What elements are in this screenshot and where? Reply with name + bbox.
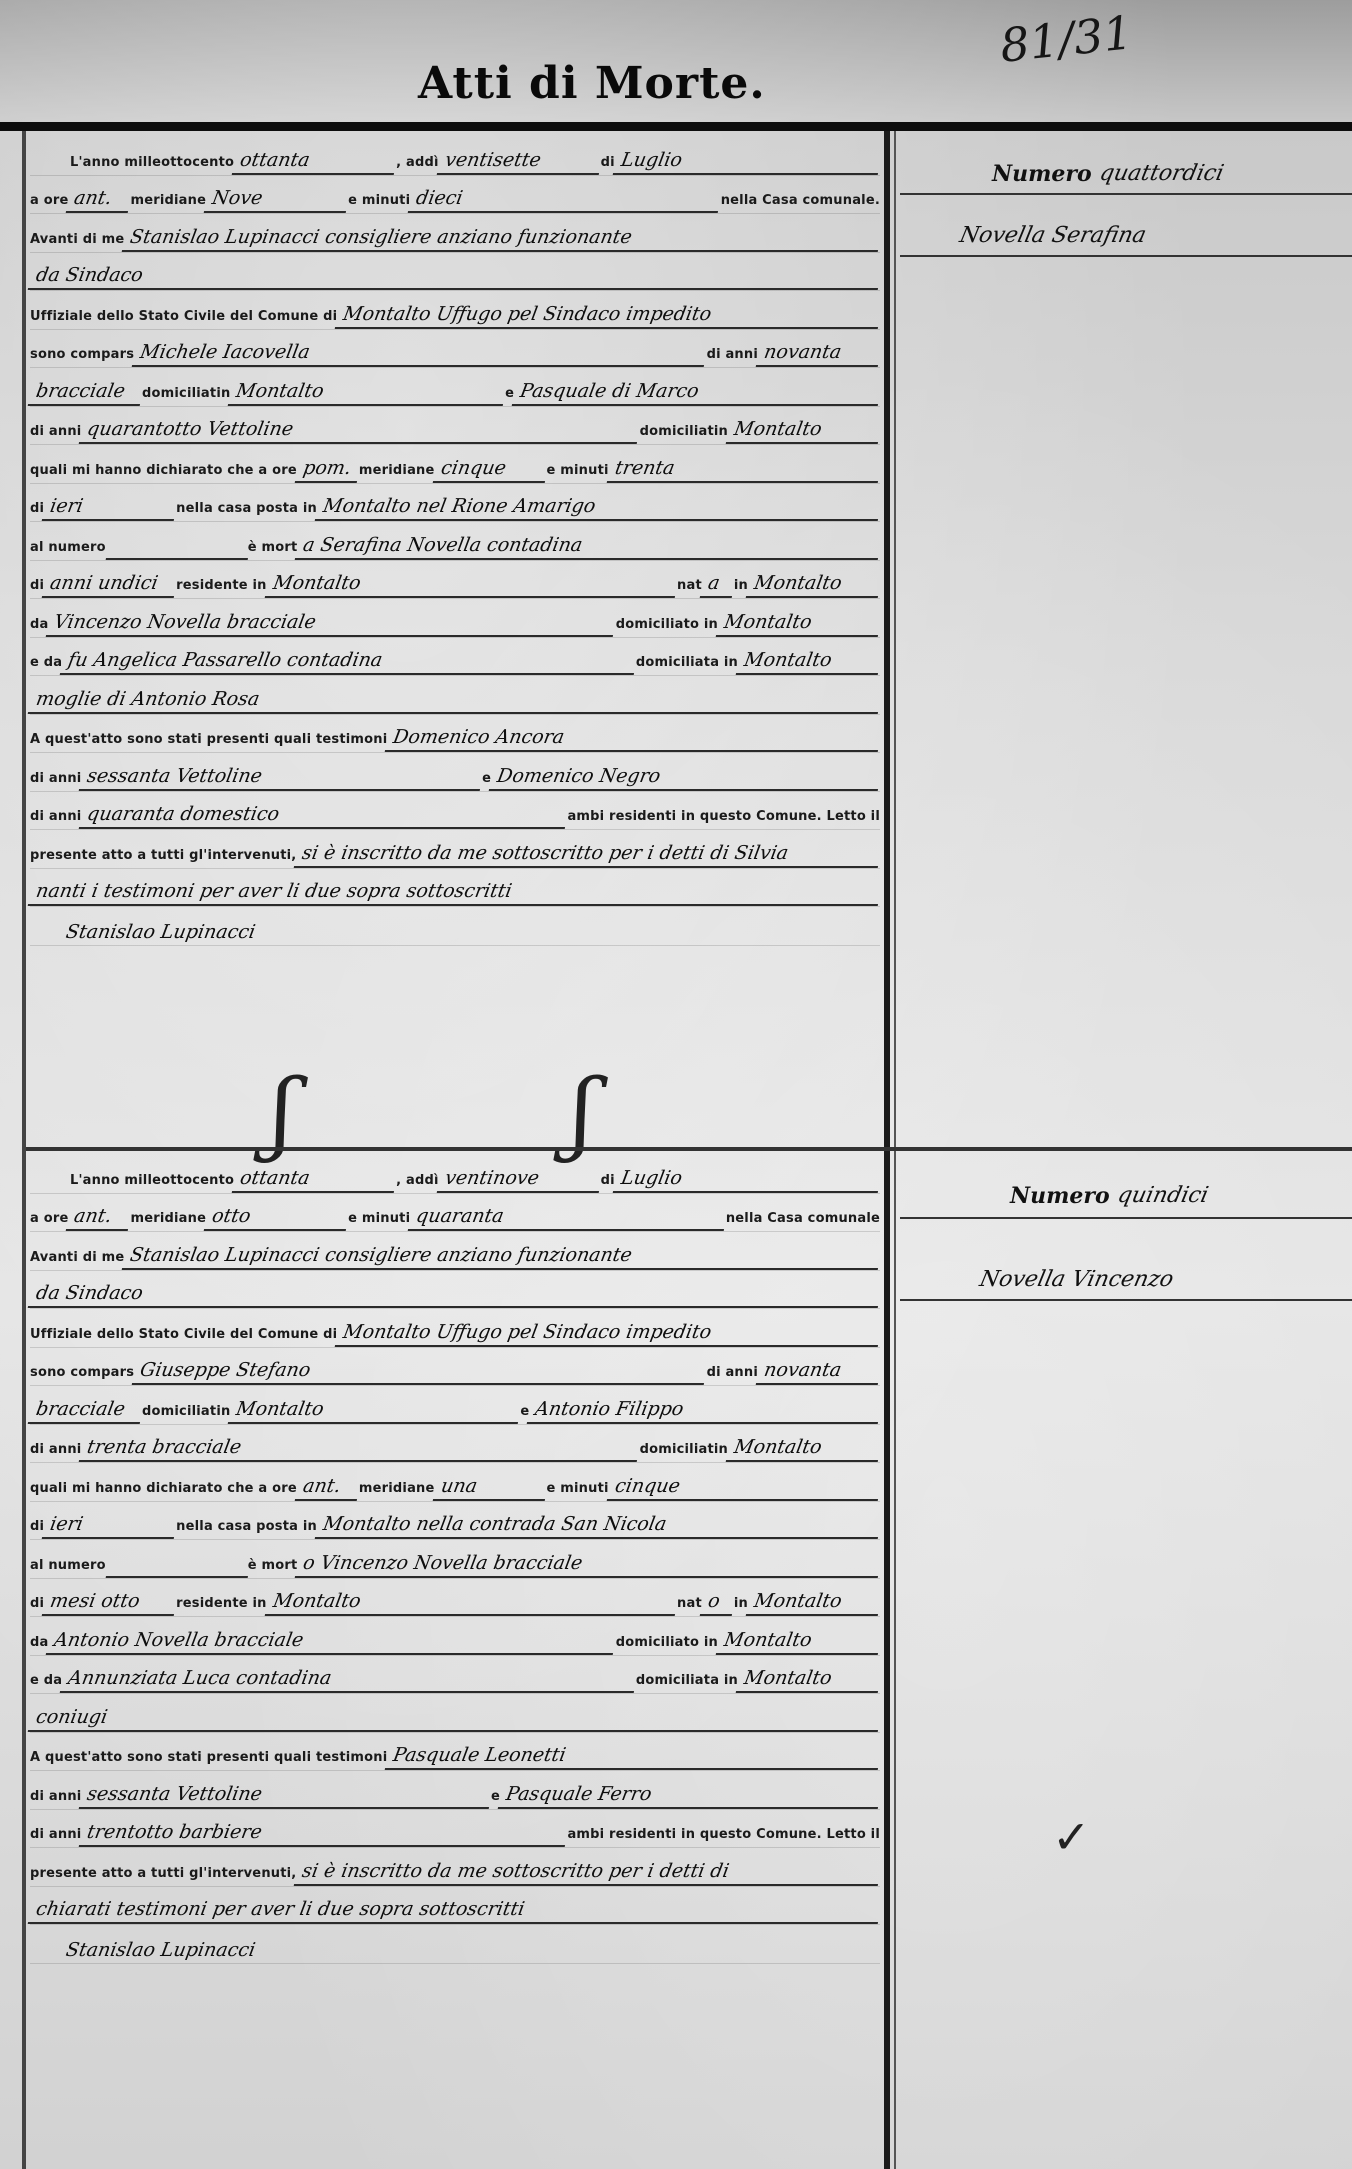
record-line-reading-cont: nanti i testimoni per aver li due sopra … bbox=[30, 869, 880, 908]
field-hour: Nove bbox=[204, 187, 351, 213]
record-line-declarant-1: sono compars Giuseppe Stefano di anni no… bbox=[30, 1348, 880, 1387]
margin-entry-2: Numero quindici Novella Vincenzo bbox=[900, 1147, 1352, 2169]
field-declarant-1: Michele Iacovella bbox=[132, 341, 709, 367]
margin-number-label: Numero bbox=[992, 161, 1092, 187]
record-line-mother: e da Annunziata Luca contadina domicilia… bbox=[30, 1656, 880, 1695]
record-line-witness-2: di anni sessanta Vettoline e Domenico Ne… bbox=[30, 753, 880, 792]
field-ampm: ant. bbox=[66, 187, 133, 213]
record-line-death-time: quali mi hanno dichiarato che a ore ant.… bbox=[30, 1463, 880, 1502]
record-line-death-place: di ieri nella casa posta in Montalto nel… bbox=[30, 484, 880, 523]
record-line-witness-2: di anni sessanta Vettoline e Pasquale Fe… bbox=[30, 1771, 880, 1810]
record-line-witness-2-age: di anni quaranta domestico ambi resident… bbox=[30, 792, 880, 831]
margin-deceased-name: Novella Vincenzo bbox=[977, 1267, 1176, 1292]
field-father: Vincenzo Novella bracciale bbox=[46, 611, 618, 637]
record-line-death-time: quali mi hanno dichiarato che a ore pom.… bbox=[30, 445, 880, 484]
check-mark: ✓ bbox=[1052, 1810, 1091, 1864]
death-record-1: L'anno milleottocento ottanta , addì ven… bbox=[30, 137, 880, 946]
field-witness-1: Domenico Ancora bbox=[385, 726, 882, 752]
record-line-witness-1: A quest'atto sono stati presenti quali t… bbox=[30, 715, 880, 754]
record-line-declarant-1-domicile: bracciale domiciliat in Montalto e Pasqu… bbox=[30, 368, 880, 407]
margin-number: quattordici bbox=[1097, 161, 1226, 186]
record-line-officer-cont: da Sindaco bbox=[30, 253, 880, 292]
record-line-witness-2-age: di anni trentotto barbiere ambi resident… bbox=[30, 1810, 880, 1849]
field-year: ottanta bbox=[232, 149, 399, 175]
record-line-officer: Avanti di me Stanislao Lupinacci consigl… bbox=[30, 1232, 880, 1271]
margin-deceased-name: Novella Serafina bbox=[957, 223, 1148, 248]
record-line-officer-cont: da Sindaco bbox=[30, 1271, 880, 1310]
record-line-signature: Stanislao Lupinacci bbox=[30, 907, 880, 946]
page-title: Atti di Morte. bbox=[418, 58, 766, 109]
record-line-father: da Vincenzo Novella bracciale domiciliat… bbox=[30, 599, 880, 638]
margin-entry-1: Numero quattordici Novella Serafina bbox=[900, 131, 1352, 1147]
record-line-spouse: coniugi bbox=[30, 1694, 880, 1733]
record-line-deceased: al numero è mort a Serafina Novella cont… bbox=[30, 522, 880, 561]
record-line-reading: presente atto a tutti gl'intervenuti, si… bbox=[30, 1848, 880, 1887]
field-month: Luglio bbox=[613, 149, 883, 175]
record-line-declarant-1: sono compars Michele Iacovella di anni n… bbox=[30, 330, 880, 369]
field-deceased: o Vincenzo Novella bracciale bbox=[295, 1552, 882, 1578]
record-line-deceased-residence: di mesi otto residente in Montalto nat o… bbox=[30, 1579, 880, 1618]
record-line-hour: a ore ant. meridiane Nove e minuti dieci… bbox=[30, 176, 880, 215]
field-year: ottanta bbox=[232, 1167, 399, 1193]
record-line-comune: Uffiziale dello Stato Civile del Comune … bbox=[30, 291, 880, 330]
field-deceased: a Serafina Novella contadina bbox=[295, 534, 882, 560]
record-line-deceased-residence: di anni undici residente in Montalto nat… bbox=[30, 561, 880, 600]
document-page: Atti di Morte. 81/31 L'anno milleottocen… bbox=[0, 0, 1352, 2169]
field-month: Luglio bbox=[613, 1167, 883, 1193]
record-line-reading-cont: chiarati testimoni per aver li due sopra… bbox=[30, 1887, 880, 1926]
header-rule bbox=[0, 122, 1352, 131]
margin-number-label: Numero bbox=[1010, 1183, 1110, 1209]
record-line-signature: Stanislao Lupinacci bbox=[30, 1925, 880, 1964]
officer-signature: Stanislao Lupinacci bbox=[58, 1939, 263, 1963]
field-day: ventinove bbox=[436, 1167, 603, 1193]
record-line-date: L'anno milleottocento ottanta , addì ven… bbox=[30, 137, 880, 176]
officer-signature: Stanislao Lupinacci bbox=[58, 921, 263, 945]
field-comune: Montalto Uffugo pel Sindaco impedito bbox=[335, 303, 882, 329]
record-line-spouse: moglie di Antonio Rosa bbox=[30, 676, 880, 715]
record-line-declarant-1-domicile: bracciale domiciliat in Montalto e Anton… bbox=[30, 1386, 880, 1425]
record-line-death-place: di ieri nella casa posta in Montalto nel… bbox=[30, 1502, 880, 1541]
record-line-declarant-2-age: di anni trenta bracciale domiciliat in M… bbox=[30, 1425, 880, 1464]
field-minutes: dieci bbox=[408, 187, 723, 213]
record-line-father: da Antonio Novella bracciale domiciliato… bbox=[30, 1617, 880, 1656]
field-day: ventisette bbox=[436, 149, 603, 175]
death-record-2: L'anno milleottocento ottanta , addì ven… bbox=[30, 1155, 880, 1964]
record-line-hour: a ore ant. meridiane otto e minuti quara… bbox=[30, 1194, 880, 1233]
field-mother: fu Angelica Passarello contadina bbox=[60, 649, 638, 675]
record-line-comune: Uffiziale dello Stato Civile del Comune … bbox=[30, 1309, 880, 1348]
margin-number: quindici bbox=[1115, 1183, 1210, 1208]
record-line-witness-1: A quest'atto sono stati presenti quali t… bbox=[30, 1733, 880, 1772]
archive-reference: 81/31 bbox=[998, 5, 1135, 73]
field-officer: Stanislao Lupinacci consigliere anziano … bbox=[122, 226, 882, 252]
record-line-declarant-2-age: di anni quarantotto Vettoline domiciliat… bbox=[30, 407, 880, 446]
field-witness-2: Domenico Negro bbox=[489, 765, 882, 791]
record-line-date: L'anno milleottocento ottanta , addì ven… bbox=[30, 1155, 880, 1194]
record-line-reading: presente atto a tutti gl'intervenuti, si… bbox=[30, 830, 880, 869]
record-line-mother: e da fu Angelica Passarello contadina do… bbox=[30, 638, 880, 677]
field-declarant-2: Pasquale di Marco bbox=[512, 380, 882, 406]
record-line-deceased: al numero è mort o Vincenzo Novella brac… bbox=[30, 1540, 880, 1579]
record-line-officer: Avanti di me Stanislao Lupinacci consigl… bbox=[30, 214, 880, 253]
